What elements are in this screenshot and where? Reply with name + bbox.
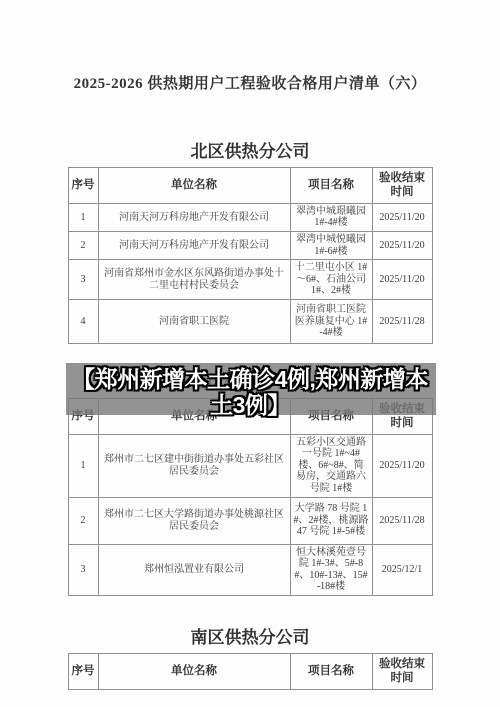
row-number-cell: 1	[68, 434, 98, 497]
news-caption-line1: 【郑州新增本土确诊4例,郑州新增本	[0, 366, 500, 393]
col-header-date: 验收结束时间	[372, 168, 432, 204]
project-name-cell: 河南省职工医院医养康复中心 1#-4#楼	[290, 299, 372, 343]
col-header-unit: 单位名称	[98, 654, 290, 690]
table-row: 3 郑州恒泓置业有限公司 恒大林溪苑壹号院 1#-3#、5#-8#、10#-13…	[68, 544, 432, 595]
project-name-cell: 翠湾中城璟曦园 1#-4#楼	[290, 203, 372, 231]
project-name-cell: 翠湾中城悦曦园 1#-6#楼	[290, 231, 372, 259]
table-row: 2 郑州市二七区大学路街道办事处桃源社区居民委员会 大学路 78 号院 1#、2…	[68, 497, 432, 544]
news-caption: 【郑州新增本土确诊4例,郑州新增本 土3例】	[0, 366, 500, 419]
document-title: 2025-2026 供热期用户工程验收合格用户清单（六）	[0, 0, 500, 93]
section-north: 北区供热分公司 序号 单位名称 项目名称 验收结束时间 1 河南天河万科房地产开…	[0, 137, 500, 344]
unit-name-cell: 河南省职工医院	[98, 299, 290, 343]
section-title-south: 南区供热分公司	[0, 623, 500, 648]
acceptance-date-cell: 2025/11/20	[372, 260, 432, 300]
project-name-cell: 大学路 78 号院 1#、2#楼，桃源路 47 号院 1#-5#楼	[290, 497, 372, 544]
col-header-unit: 单位名称	[98, 168, 290, 204]
unit-name-cell: 河南天河万科房地产开发有限公司	[98, 231, 290, 259]
row-number-cell: 2	[68, 497, 98, 544]
col-header-no: 序号	[68, 168, 98, 204]
table-row: 4 河南省职工医院 河南省职工医院医养康复中心 1#-4#楼 2025/11/2…	[68, 299, 432, 343]
table-row: 1 河南天河万科房地产开发有限公司 翠湾中城璟曦园 1#-4#楼 2025/11…	[68, 203, 432, 231]
table-header-row: 序号 单位名称 项目名称 验收结束时间	[68, 168, 432, 204]
col-header-date: 验收结束时间	[372, 654, 432, 690]
document-page: 2025-2026 供热期用户工程验收合格用户清单（六） 北区供热分公司 序号 …	[0, 0, 500, 707]
table-row: 1 郑州市二七区建中街街道办事处五彩社区居民委员会 五彩小区交通路一号院 1#~…	[68, 434, 432, 497]
row-number-cell: 3	[68, 260, 98, 300]
row-number-cell: 2	[68, 231, 98, 259]
table-row: 2 河南天河万科房地产开发有限公司 翠湾中城悦曦园 1#-6#楼 2025/11…	[68, 231, 432, 259]
section-title-north: 北区供热分公司	[0, 137, 500, 162]
unit-name-cell: 郑州恒泓置业有限公司	[98, 544, 290, 595]
acceptance-date-cell: 2025/11/28	[372, 497, 432, 544]
table-header-row: 序号 单位名称 项目名称 验收结束时间	[68, 654, 432, 690]
acceptance-date-cell: 2025/11/20	[372, 231, 432, 259]
section-south: 南区供热分公司 序号 单位名称 项目名称 验收结束时间	[0, 623, 500, 690]
row-number-cell: 3	[68, 544, 98, 595]
north-table: 序号 单位名称 项目名称 验收结束时间 1 河南天河万科房地产开发有限公司 翠湾…	[68, 167, 433, 344]
south-table: 序号 单位名称 项目名称 验收结束时间	[68, 653, 433, 690]
news-caption-line2: 土3例】	[0, 392, 500, 419]
acceptance-date-cell: 2025/11/20	[372, 203, 432, 231]
table-row: 3 河南省郑州市金水区东风路街道办事处十二里屯村村民委员会 十二里屯小区 1#～…	[68, 260, 432, 300]
acceptance-date-cell: 2025/12/1	[372, 544, 432, 595]
unit-name-cell: 河南天河万科房地产开发有限公司	[98, 203, 290, 231]
col-header-no: 序号	[68, 654, 98, 690]
acceptance-date-cell: 2025/11/28	[372, 299, 432, 343]
project-name-cell: 十二里屯小区 1#～6#、石油公司 1#、2#楼	[290, 260, 372, 300]
unit-name-cell: 郑州市二七区建中街街道办事处五彩社区居民委员会	[98, 434, 290, 497]
col-header-project: 项目名称	[290, 168, 372, 204]
col-header-project: 项目名称	[290, 654, 372, 690]
project-name-cell: 恒大林溪苑壹号院 1#-3#、5#-8#、10#-13#、15#-18#楼	[290, 544, 372, 595]
west-table: 序号 单位名称 项目名称 验收结束时间 1 郑州市二七区建中街街道办事处五彩社区…	[68, 398, 433, 596]
row-number-cell: 4	[68, 299, 98, 343]
unit-name-cell: 河南省郑州市金水区东风路街道办事处十二里屯村村民委员会	[98, 260, 290, 300]
row-number-cell: 1	[68, 203, 98, 231]
section-west: 【郑州新增本土确诊4例,郑州新增本 土3例】 西区供热分公司 序号 单位名称 项…	[0, 368, 500, 596]
unit-name-cell: 郑州市二七区大学路街道办事处桃源社区居民委员会	[98, 497, 290, 544]
acceptance-date-cell: 2025/11/20	[372, 434, 432, 497]
project-name-cell: 五彩小区交通路一号院 1#~4#楼、6#~8#、简易房，交通路六号院 1#楼	[290, 434, 372, 497]
